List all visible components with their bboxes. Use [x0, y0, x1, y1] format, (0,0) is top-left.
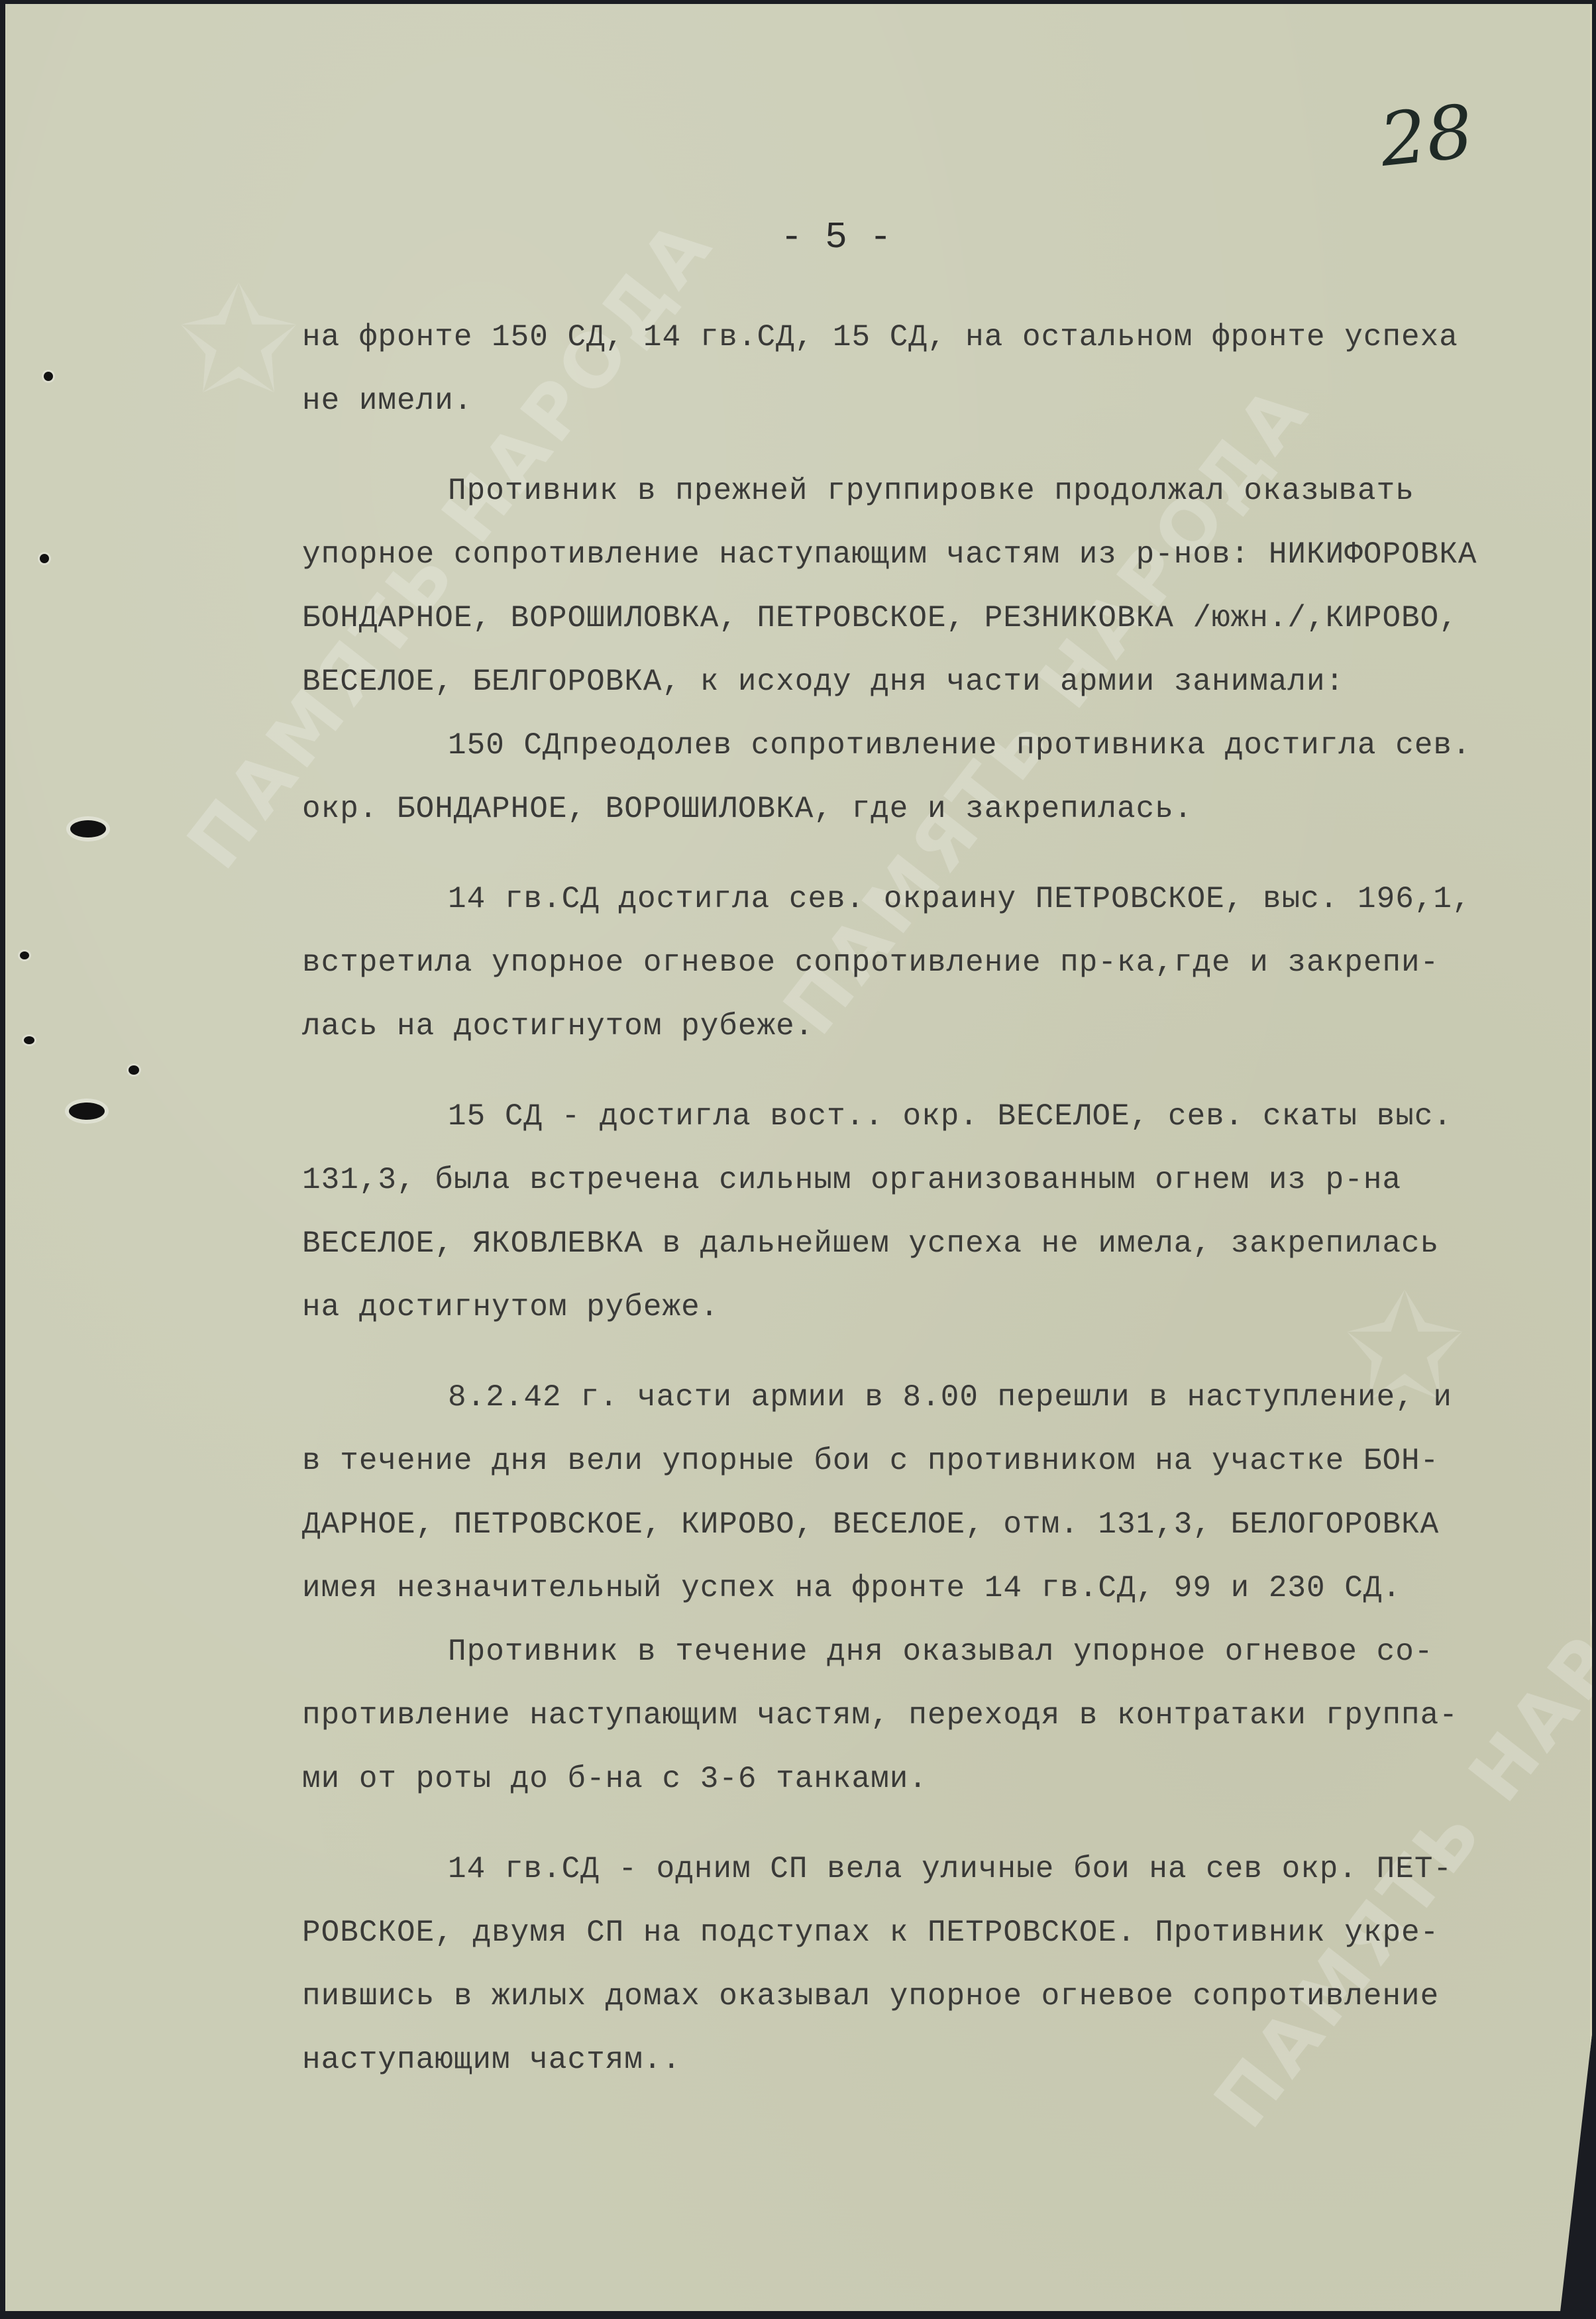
punch-hole — [44, 372, 53, 381]
text-line: лась на достигнутом рубеже. — [302, 995, 1554, 1058]
paragraph: 14 гв.СД достигла сев. окраину ПЕТРОВСКО… — [302, 867, 1554, 1058]
paragraph: 150 СДпреодолев сопротивление противника… — [302, 714, 1554, 841]
paragraph: на фронте 150 СД, 14 гв.СД, 15 СД, на ос… — [302, 305, 1554, 433]
text-line: ВЕСЕЛОЕ, БЕЛГОРОВКА, к исходу дня части … — [302, 650, 1554, 714]
punch-hole — [70, 820, 106, 837]
text-line: 8.2.42 г. части армии в 8.00 перешли в н… — [302, 1366, 1554, 1429]
paragraph: 15 СД - достигла вост.. окр. ВЕСЕЛОЕ, се… — [302, 1085, 1554, 1339]
text-line: Противник в прежней группировке продолжа… — [302, 459, 1554, 523]
text-line: ми от роты до б-на с 3-6 танками. — [302, 1747, 1554, 1811]
document-page: ✩ ✩ ПАМЯТЬ НАРОДА ПАМЯТЬ НАРОДА ПАМЯТЬ Н… — [5, 4, 1592, 2311]
punch-hole — [40, 554, 49, 563]
text-line: РОВСКОЕ, двумя СП на подступах к ПЕТРОВС… — [302, 1901, 1554, 1965]
text-line: ДАРНОЕ, ПЕТРОВСКОЕ, КИРОВО, ВЕСЕЛОЕ, отм… — [302, 1493, 1554, 1556]
text-line: окр. БОНДАРНОЕ, ВОРОШИЛОВКА, где и закре… — [302, 777, 1554, 841]
paragraph: 8.2.42 г. части армии в 8.00 перешли в н… — [302, 1366, 1554, 1620]
punch-hole — [69, 1103, 105, 1120]
text-line: БОНДАРНОЕ, ВОРОШИЛОВКА, ПЕТРОВСКОЕ, РЕЗН… — [302, 586, 1554, 650]
punch-hole — [129, 1065, 139, 1075]
text-line: противление наступающим частям, переходя… — [302, 1684, 1554, 1747]
page-number: - 5 - — [780, 216, 892, 258]
text-line: упорное сопротивление наступающим частям… — [302, 523, 1554, 586]
text-line: 14 гв.СД - одним СП вела уличные бои на … — [302, 1837, 1554, 1901]
text-line: пившись в жилых домах оказывал упорное о… — [302, 1965, 1554, 2028]
text-line: имея незначительный успех на фронте 14 г… — [302, 1556, 1554, 1620]
text-line: 14 гв.СД достигла сев. окраину ПЕТРОВСКО… — [302, 867, 1554, 931]
document-body: на фронте 150 СД, 14 гв.СД, 15 СД, на ос… — [302, 305, 1554, 2092]
text-line: ВЕСЕЛОЕ, ЯКОВЛЕВКА в дальнейшем успеха н… — [302, 1212, 1554, 1275]
text-line: в течение дня вели упорные бои с противн… — [302, 1429, 1554, 1493]
text-line: наступающим частям.. — [302, 2028, 1554, 2092]
text-line: 150 СДпреодолев сопротивление противника… — [302, 714, 1554, 777]
text-line: Противник в течение дня оказывал упорное… — [302, 1620, 1554, 1684]
punch-hole — [20, 951, 29, 959]
text-line: встретила упорное огневое сопротивление … — [302, 931, 1554, 995]
paragraph: Противник в прежней группировке продолжа… — [302, 459, 1554, 714]
text-line: 15 СД - достигла вост.. окр. ВЕСЕЛОЕ, се… — [302, 1085, 1554, 1148]
handwritten-folio-number: 28 — [1376, 89, 1477, 183]
text-line: на достигнутом рубеже. — [302, 1275, 1554, 1339]
paragraph: 14 гв.СД - одним СП вела уличные бои на … — [302, 1837, 1554, 2092]
paragraph: Противник в течение дня оказывал упорное… — [302, 1620, 1554, 1811]
text-line: 131,3, была встречена сильным организова… — [302, 1148, 1554, 1212]
punch-hole — [24, 1036, 34, 1044]
watermark-star-icon: ✩ — [178, 256, 299, 426]
text-line: на фронте 150 СД, 14 гв.СД, 15 СД, на ос… — [302, 305, 1554, 369]
text-line: не имели. — [302, 369, 1554, 433]
